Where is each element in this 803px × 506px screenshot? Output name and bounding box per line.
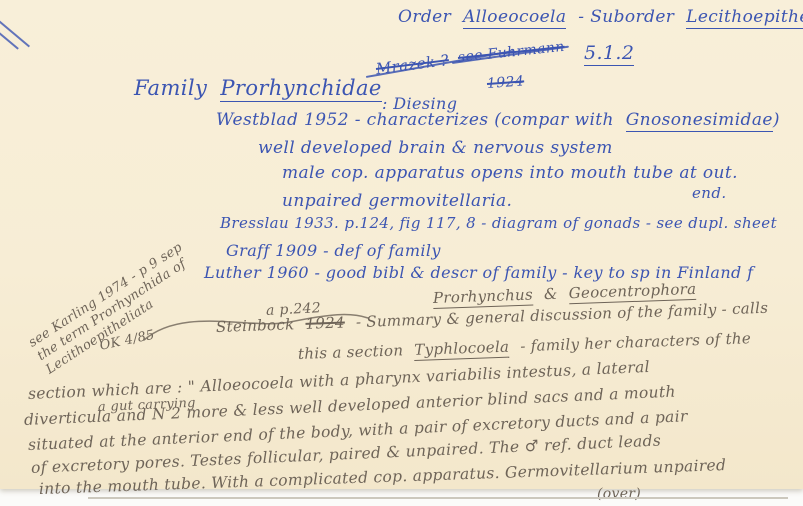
ampersand: & [544, 285, 558, 303]
family-label: Family [134, 76, 207, 100]
family-name: Prorhynchidae [220, 76, 381, 102]
index-card: Order Alloeocoela - Suborder Lecithoepit… [0, 0, 803, 489]
note-text: Westblad 1952 - characterizes (compar wi… [216, 110, 614, 130]
note-bresslau: Bresslau 1933. p.124, fig 117, 8 - diagr… [220, 214, 777, 232]
note-westblad: Westblad 1952 - characterizes (compar wi… [216, 110, 780, 130]
scanned-index-card-page: Order Alloeocoela - Suborder Lecithoepit… [0, 0, 803, 506]
genus-name: Prorhynchus [433, 286, 534, 309]
note-brain: well developed brain & nervous system [258, 138, 613, 158]
note-graff: Graff 1909 - def of family [226, 241, 441, 260]
suborder-label: - Suborder [578, 7, 674, 27]
order-suborder-line: Order Alloeocoela - Suborder Lecithoepit… [398, 7, 803, 27]
note-end-word: end. [692, 184, 727, 202]
classification-code: 5.1.2 [584, 42, 634, 66]
note-germovitellaria: unpaired germovitellaria. [282, 191, 512, 211]
taxon-name: Typhlocoela [414, 338, 510, 361]
crossed-out-note: 1924 [486, 73, 524, 92]
note-text: - Summary & general discussion of the fa… [356, 299, 769, 331]
genus-name: Geocentrophora [568, 280, 696, 304]
note-text: - family her characters of the [520, 329, 751, 355]
over-note: (over) [597, 486, 641, 502]
family-heading: Family Prorhynchidae [134, 76, 382, 100]
lower-card-edge [88, 497, 788, 499]
corner-pen-stroke-icon [0, 16, 30, 47]
note-text: ) [773, 110, 780, 130]
note-luther: Luther 1960 - good bibl & descr of famil… [204, 263, 754, 282]
order-name: Alloeocoela [463, 7, 566, 29]
suborder-name: Lecithoepitheliata [686, 7, 803, 29]
order-label: Order [398, 7, 451, 27]
note-male-cop: male cop. apparatus opens into mouth tub… [282, 163, 738, 183]
margin-arrow-line [140, 296, 372, 352]
taxon-name: Gnosonesimidae [626, 110, 773, 132]
